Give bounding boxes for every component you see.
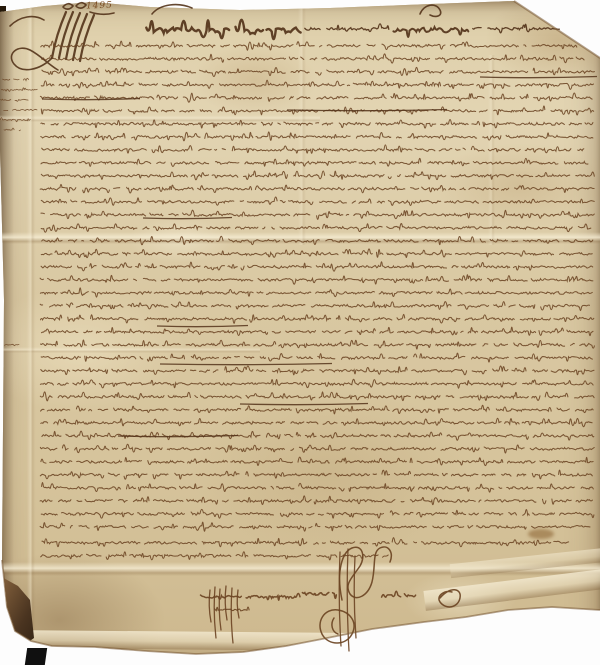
bottom-roll-fold [30, 630, 440, 652]
scanned-manuscript-photo: 1495 [0, 0, 600, 665]
ink-stain [528, 529, 554, 539]
horizontal-fold-crease [0, 115, 320, 122]
parchment-document [0, 0, 600, 665]
vertical-fold-crease [27, 0, 35, 665]
horizontal-fold-crease [0, 347, 260, 353]
background-sliver-bottom-left [25, 648, 47, 665]
vertical-fold-crease [298, 0, 306, 245]
year-inscription: 1495 [86, 1, 113, 12]
vertical-fold-crease [488, 55, 495, 245]
